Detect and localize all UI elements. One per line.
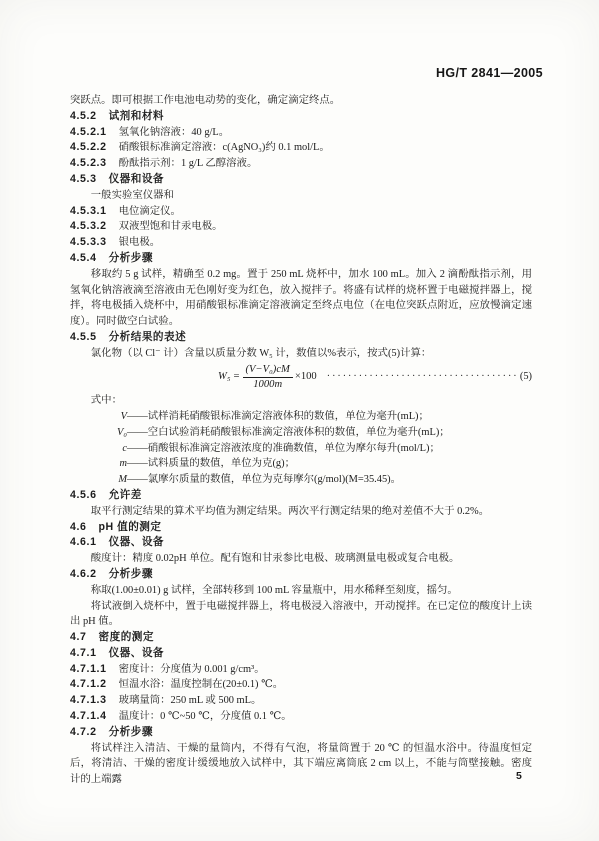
fraction-denominator: 1000m — [243, 378, 293, 391]
clause-number: 4.5.3.2 — [70, 220, 107, 232]
symbol: M — [70, 472, 127, 488]
clause-heading: 4.7.2分析步骤 — [70, 725, 532, 741]
clause-title: 分析步骤 — [109, 252, 153, 264]
symbol-description: ——试料质量的数值，单位为克(g)； — [127, 456, 532, 472]
clause-heading: 4.5.2试剂和材料 — [70, 109, 532, 125]
clause-text: 氢氧化钠溶液：40 g/L。 — [119, 127, 230, 138]
document-body: 突跃点。即可根据工作电池电动势的变化，确定滴定终点。4.5.2试剂和材料4.5.… — [70, 93, 532, 788]
clause-item: 4.7.1.1密度计：分度值为 0.001 g/cm³。 — [70, 662, 532, 678]
symbol: m — [70, 456, 127, 472]
clause-heading: 4.6pH 值的测定 — [70, 520, 532, 536]
multiplier: ×100 — [295, 369, 317, 385]
clause-item: 4.5.2.1氢氧化钠溶液：40 g/L。 — [70, 125, 532, 141]
clause-number: 4.7.1 — [70, 647, 97, 659]
paragraph: 称取(1.00±0.01) g 试样，全部转移到 100 mL 容量瓶中，用水稀… — [70, 583, 532, 599]
clause-heading: 4.7密度的测定 — [70, 630, 532, 646]
symbol-description: ——氯摩尔质量的数值，单位为克每摩尔(g/mol)(M=35.45)。 — [127, 472, 532, 488]
clause-title: 仪器、设备 — [109, 536, 164, 548]
paragraph: 酸度计：精度 0.02pH 单位。配有饱和甘汞参比电极、玻璃测量电极或复合电极。 — [70, 551, 532, 567]
paragraph: 取平行测定结果的算术平均值为测定结果。两次平行测定结果的绝对差值不大于 0.2%… — [70, 504, 532, 520]
paragraph: 突跃点。即可根据工作电池电动势的变化，确定滴定终点。 — [70, 93, 532, 109]
clause-heading: 4.6.2分析步骤 — [70, 567, 532, 583]
clause-number: 4.5.6 — [70, 489, 97, 501]
symbol-definition: V——试样消耗硝酸银标准滴定溶液体积的数值，单位为毫升(mL)； — [70, 409, 532, 425]
clause-text: 温度计：0 ℃~50 ℃，分度值 0.1 ℃。 — [119, 711, 292, 722]
clause-item: 4.7.1.3玻璃量筒：250 mL 或 500 mL。 — [70, 693, 532, 709]
clause-text: 硝酸银标准滴定溶液：c(AgNO₃)约 0.1 mol/L。 — [119, 142, 330, 153]
clause-number: 4.7.1.3 — [70, 694, 107, 706]
clause-text: 恒温水浴：温度控制在(20±0.1) ℃。 — [119, 679, 284, 690]
clause-title: 仪器和设备 — [109, 173, 164, 185]
clause-heading: 4.7.1仪器、设备 — [70, 646, 532, 662]
clause-text: 玻璃量筒：250 mL 或 500 mL。 — [119, 695, 262, 706]
clause-number: 4.6.2 — [70, 568, 97, 580]
paragraph: 式中： — [70, 393, 532, 409]
clause-number: 4.5.2.3 — [70, 157, 107, 169]
clause-text: 电位滴定仪。 — [119, 206, 181, 217]
clause-number: 4.5.5 — [70, 331, 97, 343]
clause-number: 4.5.2.2 — [70, 141, 107, 153]
paragraph: 移取约 5 g 试样，精确至 0.2 mg。置于 250 mL 烧杯中，加水 1… — [70, 267, 532, 330]
clause-text: 酚酞指示剂：1 g/L 乙醇溶液。 — [119, 158, 258, 169]
paragraph: 将试样注入清洁、干燥的量筒内，不得有气泡，将量筒置于 20 ℃ 的恒温水浴中。待… — [70, 741, 532, 788]
symbol-definition: c——硝酸银标准滴定溶液浓度的准确数值，单位为摩尔每升(mol/L)； — [70, 441, 532, 457]
clause-number: 4.7.1.1 — [70, 663, 107, 675]
symbol: V — [70, 409, 127, 425]
symbol-description: ——空白试验消耗硝酸银标准滴定溶液体积的数值，单位为毫升(mL)； — [127, 425, 532, 441]
fraction: (V−V₀)cM1000m — [243, 364, 293, 391]
clause-number: 4.5.2.1 — [70, 126, 107, 138]
clause-title: 仪器、设备 — [109, 647, 164, 659]
clause-number: 4.5.3 — [70, 173, 97, 185]
clause-item: 4.5.3.2双液型饱和甘汞电极。 — [70, 219, 532, 235]
clause-number: 4.5.3.1 — [70, 205, 107, 217]
clause-heading: 4.5.3仪器和设备 — [70, 172, 532, 188]
clause-number: 4.5.4 — [70, 252, 97, 264]
clause-heading: 4.5.6允许差 — [70, 488, 532, 504]
clause-text: 银电极。 — [119, 237, 161, 248]
symbol: V₀ — [70, 425, 127, 441]
clause-text: 密度计：分度值为 0.001 g/cm³。 — [119, 664, 265, 675]
clause-number: 4.5.2 — [70, 110, 97, 122]
clause-title: 分析步骤 — [109, 726, 153, 738]
formula: W₅=(V−V₀)cM1000m×100····················… — [70, 362, 532, 394]
page-number: 5 — [516, 770, 522, 782]
clause-title: 试剂和材料 — [109, 110, 164, 122]
clause-item: 4.5.3.3银电极。 — [70, 235, 532, 251]
clause-item: 4.7.1.4温度计：0 ℃~50 ℃，分度值 0.1 ℃。 — [70, 709, 532, 725]
clause-item: 4.5.3.1电位滴定仪。 — [70, 204, 532, 220]
symbol-definition: m——试料质量的数值，单位为克(g)； — [70, 456, 532, 472]
paragraph: 将试液倒入烧杯中，置于电磁搅拌器上，将电极浸入溶液中，开动搅拌。在已定位的酸度计… — [70, 599, 532, 631]
equals-sign: = — [234, 369, 240, 385]
clause-number: 4.7 — [70, 631, 87, 643]
clause-title: 分析步骤 — [109, 568, 153, 580]
clause-item: 4.5.2.2硝酸银标准滴定溶液：c(AgNO₃)约 0.1 mol/L。 — [70, 140, 532, 156]
clause-number: 4.7.1.2 — [70, 678, 107, 690]
clause-number: 4.6.1 — [70, 536, 97, 548]
clause-item: 4.7.1.2恒温水浴：温度控制在(20±0.1) ℃。 — [70, 677, 532, 693]
equation-number: (5) — [520, 369, 532, 385]
clause-title: 密度的测定 — [99, 631, 154, 643]
clause-title: pH 值的测定 — [99, 521, 162, 533]
paragraph: 氯化物（以 Cl⁻ 计）含量以质量分数 W₅ 计，数值以%表示，按式(5)计算： — [70, 346, 532, 362]
symbol-description: ——硝酸银标准滴定溶液浓度的准确数值，单位为摩尔每升(mol/L)； — [127, 441, 532, 457]
clause-heading: 4.5.5分析结果的表述 — [70, 330, 532, 346]
clause-number: 4.5.3.3 — [70, 236, 107, 248]
clause-heading: 4.6.1仪器、设备 — [70, 535, 532, 551]
document-page: HG/T 2841—2005 突跃点。即可根据工作电池电动势的变化，确定滴定终点… — [0, 0, 599, 841]
clause-text: 双液型饱和甘汞电极。 — [119, 221, 223, 232]
symbol-definition: M——氯摩尔质量的数值，单位为克每摩尔(g/mol)(M=35.45)。 — [70, 472, 532, 488]
clause-number: 4.6 — [70, 521, 87, 533]
symbol-definition: V₀——空白试验消耗硝酸银标准滴定溶液体积的数值，单位为毫升(mL)； — [70, 425, 532, 441]
clause-number: 4.7.1.4 — [70, 710, 107, 722]
clause-title: 允许差 — [109, 489, 142, 501]
formula-lhs: W₅ — [218, 369, 231, 385]
formula-expression: W₅=(V−V₀)cM1000m×100 — [218, 364, 317, 391]
fraction-numerator: (V−V₀)cM — [243, 364, 293, 378]
clause-heading: 4.5.4分析步骤 — [70, 251, 532, 267]
symbol: c — [70, 441, 127, 457]
clause-title: 分析结果的表述 — [109, 331, 187, 343]
symbol-description: ——试样消耗硝酸银标准滴定溶液体积的数值，单位为毫升(mL)； — [127, 409, 532, 425]
leader-dots: ········································… — [327, 369, 516, 385]
standard-number-header: HG/T 2841—2005 — [70, 66, 543, 80]
paragraph: 一般实验室仪器和 — [70, 188, 532, 204]
clause-item: 4.5.2.3酚酞指示剂：1 g/L 乙醇溶液。 — [70, 156, 532, 172]
clause-number: 4.7.2 — [70, 726, 97, 738]
